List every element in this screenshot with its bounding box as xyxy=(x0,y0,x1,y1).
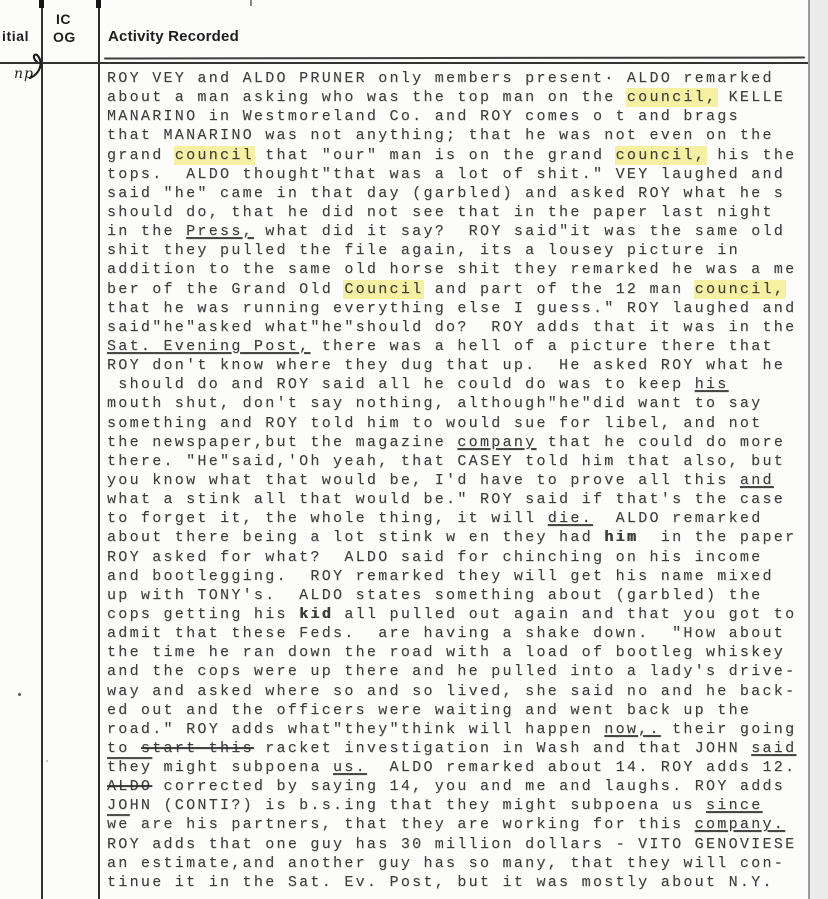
text-segment: about there being a lot stink w en they … xyxy=(107,529,604,546)
text-segment: you know what that would be, I'd have to… xyxy=(107,472,740,489)
text-line: admit that these Feds. are having a shak… xyxy=(107,624,807,643)
text-segment: mouth shut, don't say nothing, although"… xyxy=(107,395,762,412)
text-line: should do and ROY said all he could do w… xyxy=(107,375,807,394)
text-segment: since xyxy=(706,797,763,814)
text-segment: ALDO xyxy=(107,778,152,795)
text-line: tops. ALDO thought"that was a lot of shi… xyxy=(107,165,807,184)
text-segment: start this xyxy=(141,740,254,757)
column-header-ic: IC xyxy=(56,11,71,27)
scan-artifact-tick xyxy=(39,0,44,8)
text-segment: what a stink all that would be." ROY sai… xyxy=(107,491,785,508)
text-segment: in the xyxy=(107,223,186,240)
text-segment: might subpoena xyxy=(152,759,333,776)
text-segment: what did it say? ROY said"it was the sam… xyxy=(254,223,785,240)
text-line: up with TONY's. ALDO states something ab… xyxy=(107,586,807,605)
text-segment: that MANARINO was not anything; that he … xyxy=(107,127,774,144)
header-rule xyxy=(0,62,808,64)
text-segment: grand xyxy=(107,147,175,164)
text-segment: that "our" man is on the grand xyxy=(254,147,616,164)
activity-text: ROY VEY and ALDO PRUNER only members pre… xyxy=(107,69,807,892)
text-segment: Press, xyxy=(186,223,254,240)
text-segment: die. xyxy=(548,510,593,527)
scan-speck xyxy=(46,760,48,762)
text-segment: now,. xyxy=(604,721,661,738)
scan-speck xyxy=(18,693,21,696)
text-segment: his the xyxy=(706,147,796,164)
text-line: ROY asked for what? ALDO said for chinch… xyxy=(107,548,807,567)
header-underline xyxy=(104,57,805,60)
text-segment: KELLE xyxy=(717,89,785,106)
text-line: MANARINO in Westmoreland Co. and ROY com… xyxy=(107,107,807,126)
text-segment: admit that these Feds. are having a shak… xyxy=(107,625,785,642)
text-segment: road." ROY adds what"they"think will hap… xyxy=(107,721,604,738)
column-divider-2 xyxy=(98,0,100,899)
text-line: that MANARINO was not anything; that he … xyxy=(107,126,807,145)
text-segment: there. "He"said,'Oh yeah, that CASEY tol… xyxy=(107,453,785,470)
text-segment: the newspaper,but the magazine xyxy=(107,434,457,451)
text-segment: there was a hell of a picture there that xyxy=(310,338,773,355)
text-segment: addition to the same old horse shit they… xyxy=(107,261,796,278)
text-line: addition to the same old horse shit they… xyxy=(107,260,807,279)
text-segment: and bootlegging. ROY remarked they will … xyxy=(107,568,774,585)
text-segment: up with TONY's. ALDO states something ab… xyxy=(107,587,762,604)
column-header-activity: Activity Recorded xyxy=(108,28,239,45)
text-line: Sat. Evening Post, there was a hell of a… xyxy=(107,337,807,356)
text-segment: kid xyxy=(299,606,333,623)
text-segment: the time he ran down the road with a loa… xyxy=(107,644,785,661)
text-line: cops getting his kid all pulled out agai… xyxy=(107,605,807,624)
text-segment: ROY VEY and ALDO PRUNER only members pre… xyxy=(107,70,774,87)
text-line: said"he"asked what"he"should do? ROY add… xyxy=(107,318,807,337)
text-line: about a man asking who was the top man o… xyxy=(107,88,807,107)
text-line: grand council that "our" man is on the g… xyxy=(107,146,807,165)
text-segment: to xyxy=(107,740,141,757)
text-segment: that he was running everything else I gu… xyxy=(107,300,796,317)
text-line: ROY adds that one guy has 30 million dol… xyxy=(107,835,807,854)
highlighted-text: council, xyxy=(616,147,706,164)
text-segment: MANARINO in Westmoreland Co. and ROY com… xyxy=(107,108,740,125)
text-line: to start this racket investigation in Wa… xyxy=(107,739,807,758)
text-segment: shit they pulled the file again, its a l… xyxy=(107,242,740,259)
text-segment: are his partners, that they are working … xyxy=(130,816,695,833)
text-segment: JOHN (CONTI?) is b.s.ing that they might… xyxy=(107,797,706,814)
text-segment: him xyxy=(604,529,638,546)
text-line: way and asked where so and so lived, she… xyxy=(107,682,807,701)
text-segment: us. xyxy=(333,759,367,776)
text-segment: said "he" came in that day (garbled) and… xyxy=(107,185,785,202)
text-line: ed out and the officers were waiting and… xyxy=(107,701,807,720)
text-segment: his xyxy=(695,376,729,393)
text-line: ALDO corrected by saying 14, you and me … xyxy=(107,777,807,796)
text-segment: ROY adds that one guy has 30 million dol… xyxy=(107,836,796,853)
scan-artifact-tick xyxy=(96,0,101,8)
column-divider-1 xyxy=(41,0,43,899)
text-line: they might subpoena us. ALDO remarked ab… xyxy=(107,758,807,777)
text-segment: racket investigation in Wash and that JO… xyxy=(254,740,751,757)
text-line: road." ROY adds what"they"think will hap… xyxy=(107,720,807,739)
text-segment: tinue it in the Sat. Ev. Post, but it wa… xyxy=(107,874,774,891)
text-line: ROY don't know where they dug that up. H… xyxy=(107,356,807,375)
text-segment: company xyxy=(457,434,536,451)
text-line: about there being a lot stink w en they … xyxy=(107,528,807,547)
text-segment: ROY asked for what? ALDO said for chinch… xyxy=(107,549,762,566)
text-segment: said"he"asked what"he"should do? ROY add… xyxy=(107,319,796,336)
text-segment: should do, that he did not see that in t… xyxy=(107,204,774,221)
text-line: there. "He"said,'Oh yeah, that CASEY tol… xyxy=(107,452,807,471)
text-segment: Sat. Evening Post, xyxy=(107,338,310,355)
text-line: an estimate,and another guy has so many,… xyxy=(107,854,807,873)
text-segment: ROY don't know where they dug that up. H… xyxy=(107,357,785,374)
pen-flourish-icon xyxy=(28,52,48,80)
text-segment: ed out and the officers were waiting and… xyxy=(107,702,751,719)
text-segment: something and ROY told him to would sue … xyxy=(107,415,762,432)
text-segment: ber of the Grand Old xyxy=(107,281,344,298)
text-segment: to forget it, the whole thing, it will xyxy=(107,510,548,527)
scan-artifact-scratch xyxy=(250,0,252,6)
text-line: said "he" came in that day (garbled) and… xyxy=(107,184,807,203)
text-segment: tops. ALDO thought"that was a lot of shi… xyxy=(107,166,785,183)
text-line: tinue it in the Sat. Ev. Post, but it wa… xyxy=(107,873,807,892)
text-segment: ALDO remarked about 14. ROY adds 12. xyxy=(367,759,796,776)
text-segment: that he could do more xyxy=(536,434,785,451)
text-segment: about a man asking who was the top man o… xyxy=(107,89,627,106)
text-line: and the cops were up there and he pulled… xyxy=(107,662,807,681)
text-segment: way and asked where so and so lived, she… xyxy=(107,683,796,700)
text-line: and bootlegging. ROY remarked they will … xyxy=(107,567,807,586)
text-line: that he was running everything else I gu… xyxy=(107,299,807,318)
text-segment: in the paper xyxy=(638,529,796,546)
text-segment: and part of the 12 man xyxy=(423,281,694,298)
highlighted-text: council xyxy=(175,147,254,164)
text-segment: they xyxy=(107,759,152,776)
text-line: you know what that would be, I'd have to… xyxy=(107,471,807,490)
highlighted-text: council, xyxy=(695,281,785,298)
highlighted-text: council, xyxy=(627,89,717,106)
text-line: ROY VEY and ALDO PRUNER only members pre… xyxy=(107,69,807,88)
text-segment: said xyxy=(751,740,796,757)
text-line: what a stink all that would be." ROY sai… xyxy=(107,490,807,509)
column-header-initial: itial xyxy=(2,28,29,44)
text-line: to forget it, the whole thing, it will d… xyxy=(107,509,807,528)
text-segment: cops getting his xyxy=(107,606,299,623)
text-line: we are his partners, that they are worki… xyxy=(107,815,807,834)
text-line: shit they pulled the file again, its a l… xyxy=(107,241,807,260)
text-segment: an estimate,and another guy has so many,… xyxy=(107,855,785,872)
column-header-og: OG xyxy=(53,29,76,45)
text-line: ber of the Grand Old Council and part of… xyxy=(107,280,807,299)
text-line: should do, that he did not see that in t… xyxy=(107,203,807,222)
text-segment: ALDO remarked xyxy=(593,510,763,527)
text-line: mouth shut, don't say nothing, although"… xyxy=(107,394,807,413)
text-line: the newspaper,but the magazine company t… xyxy=(107,433,807,452)
text-segment: company. xyxy=(695,816,785,833)
text-segment: should do and ROY said all he could do w… xyxy=(107,376,695,393)
scan-edge-strip xyxy=(808,0,828,899)
text-segment: their going xyxy=(661,721,797,738)
text-line: the time he ran down the road with a loa… xyxy=(107,643,807,662)
text-segment: and xyxy=(740,472,774,489)
document-page: itial IC OG Activity Recorded np ROY VEY… xyxy=(0,0,828,899)
text-line: something and ROY told him to would sue … xyxy=(107,414,807,433)
text-segment: all pulled out again and that you got to xyxy=(333,606,796,623)
text-line: JOHN (CONTI?) is b.s.ing that they might… xyxy=(107,796,807,815)
highlighted-text: Council xyxy=(344,281,423,298)
text-segment: corrected by saying 14, you and me and l… xyxy=(152,778,785,795)
text-segment: and the cops were up there and he pulled… xyxy=(107,663,796,680)
text-line: in the Press, what did it say? ROY said"… xyxy=(107,222,807,241)
text-segment: we xyxy=(107,816,130,833)
